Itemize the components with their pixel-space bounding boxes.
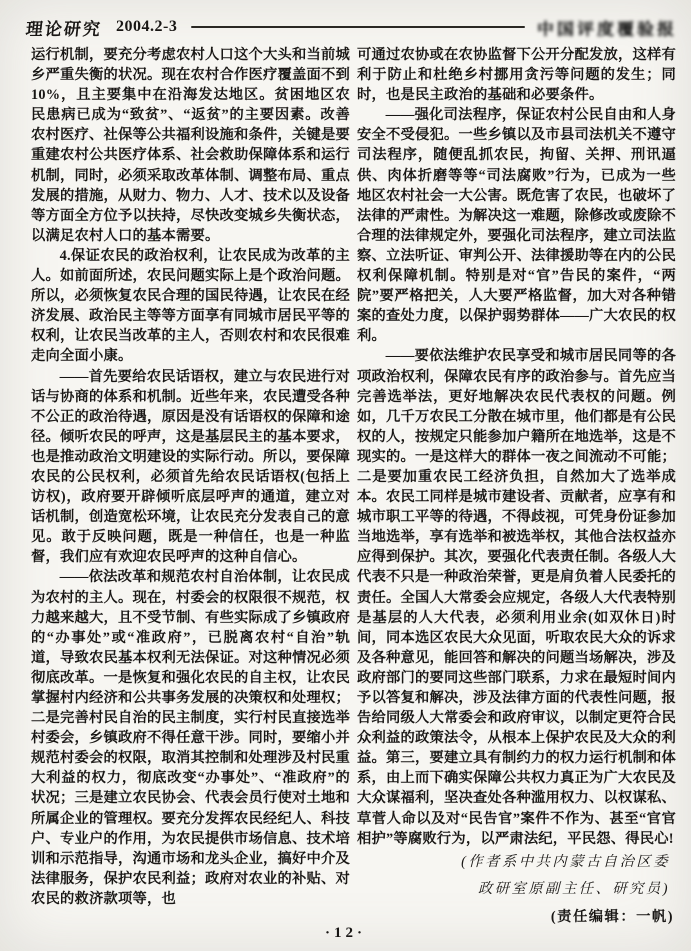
issue-label: 2004.2-3 [116, 18, 177, 36]
page-header: 理论研究 2004.2-3 中国评度覆验报 [0, 0, 691, 43]
paragraph-dash-village-autonomy: ——依法改革和规范农村自治体制，让农民成为农村的主人。现在，村委会的权限很不规范… [31, 567, 350, 909]
paragraph-dash-discourse-right: ——首先要给农民话语权，建立与农民进行对话与协商的体系和机制。近些年来，农民遭受… [31, 367, 350, 568]
page-number: ·12· [0, 925, 691, 942]
masthead-smudged-title: 中国评度覆验报 [537, 16, 677, 39]
two-column-body: 运行机制，要充分考虑农村人口这个大头和当前城乡严重失衡的状况。现在农村合作医疗覆… [0, 43, 691, 932]
journal-page: 理论研究 2004.2-3 中国评度覆验报 运行机制，要充分考虑农村人口这个大头… [0, 0, 691, 951]
paragraph-dash-political-rights: ——要依法维护农民享受和城市居民同等的各项政治权利，保障农民有序的政治参与。首先… [357, 346, 676, 848]
header-divider [191, 26, 525, 28]
journal-logo: 理论研究 [25, 14, 104, 40]
right-column: 可通过农协或在农协监督下公开分配发放，这样有利于防止和杜绝乡村挪用贪污等问题的发… [357, 45, 676, 932]
left-column: 运行机制，要充分考虑农村人口这个大头和当前城乡严重失衡的状况。现在农村合作医疗覆… [31, 45, 350, 932]
paragraph-dash-judicial-procedure: ——强化司法程序，保证农村公民自由和人身安全不受侵犯。一些乡镇以及市县司法机关不… [357, 105, 676, 346]
paragraph-point-4: 4.保证农民的政治权利，让农民成为改革的主人。如前面所述，农民问题实际上是个政治… [31, 246, 350, 367]
paragraph-continuation: 可通过农协或在农协监督下公开分配发放，这样有利于防止和杜绝乡村挪用贪污等问题的发… [357, 45, 676, 105]
paragraph-continuation: 运行机制，要充分考虑农村人口这个大头和当前城乡严重失衡的状况。现在农村合作医疗覆… [31, 45, 350, 246]
author-affiliation-line1: (作者系中共内蒙古自治区委 [357, 849, 676, 876]
author-affiliation-line2: 政研室原副主任、研究员) [357, 876, 676, 903]
